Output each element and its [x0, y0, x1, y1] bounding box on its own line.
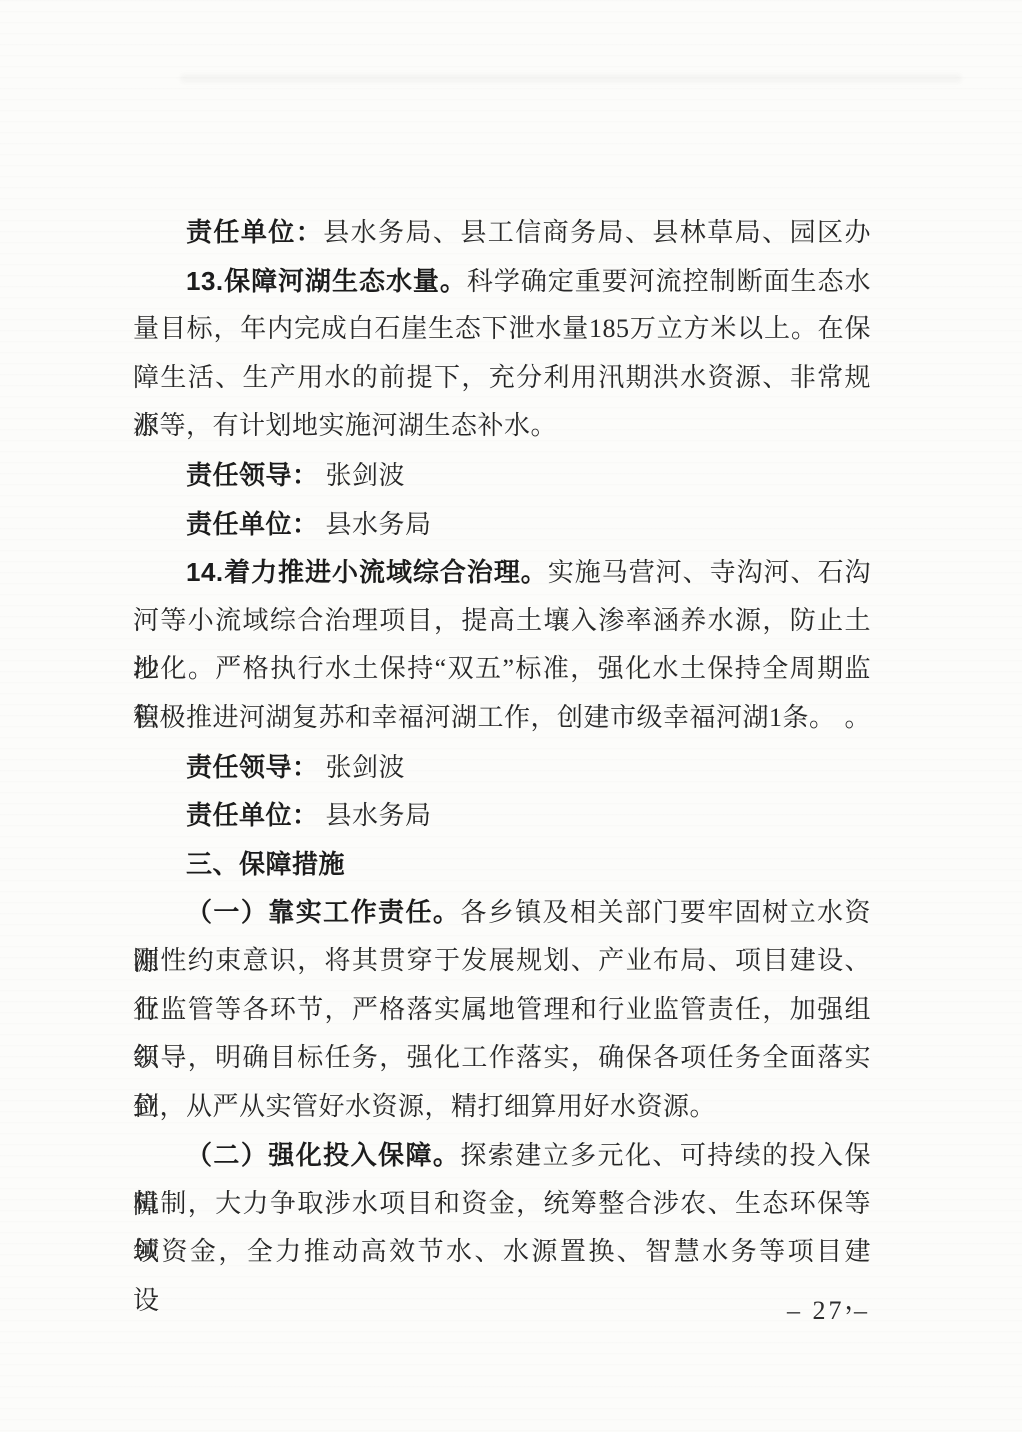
text-body: 责任单位：县水务局、县工信商务局、县林草局、园区办13.保障河湖生态水量。科学确…: [133, 208, 871, 1277]
body-segment: 位，从严从实管好水资源，精打细算用好水资源。: [133, 1092, 716, 1121]
text-line: 刚性约束意识，将其贯穿于发展规划、产业布局、项目建设、行: [133, 937, 871, 986]
text-line: 量目标，年内完成白石崖生态下泄水量185万立方米以上。在保: [133, 305, 871, 354]
document-page: 责任单位：县水务局、县工信商务局、县林草局、园区办13.保障河湖生态水量。科学确…: [0, 0, 1022, 1432]
body-segment: 县水务局: [319, 510, 432, 539]
body-segment: 县水务局、县工信商务局、县林草局、园区办: [323, 218, 871, 247]
heading-segment: 13.保障河湖生态水量。: [186, 266, 467, 296]
text-line: 三、保障措施: [133, 840, 871, 889]
text-line: 河等小流域综合治理项目，提高土壤入渗率涵养水源，防止土地: [133, 597, 871, 646]
text-line: （二）强化投入保障。探索建立多元化、可持续的投入保障: [133, 1131, 871, 1180]
body-segment: 实施马营河、寺沟河、石沟: [548, 558, 871, 587]
text-line: 14.着力推进小流域综合治理。实施马营河、寺沟河、石沟: [133, 548, 871, 597]
text-line: 责任单位：县水务局、县工信商务局、县林草局、园区办: [133, 208, 871, 257]
heading-segment: 14.着力推进小流域综合治理。: [186, 557, 548, 587]
text-line: 13.保障河湖生态水量。科学确定重要河流控制断面生态水: [133, 257, 871, 306]
heading-segment: （二）强化投入保障。: [186, 1140, 460, 1170]
heading-segment: 责任领导：: [186, 460, 319, 490]
text-line: 责任领导： 张剑波: [133, 743, 871, 792]
text-line: 域资金，全力推动高效节水、水源置换、智慧水务等项目建设，: [133, 1228, 871, 1277]
body-segment: 张剑波: [319, 461, 406, 490]
body-segment: 积极推进河湖复苏和幸福河湖工作，创建市级幸福河湖1条。: [133, 703, 836, 732]
heading-segment: （一）靠实工作责任。: [186, 897, 460, 927]
heading-segment: 三、保障措施: [186, 849, 345, 879]
body-segment: 域资金，全力推动高效节水、水源置换、智慧水务等项目建设，: [133, 1237, 871, 1315]
heading-segment: 责任单位：: [186, 509, 319, 539]
text-line: 责任单位： 县水务局: [133, 791, 871, 840]
heading-segment: 责任领导：: [186, 752, 319, 782]
scan-artifact: [180, 74, 962, 83]
heading-segment: 责任单位：: [186, 800, 319, 830]
text-line: 机制，大力争取涉水项目和资金，统筹整合涉农、生态环保等领: [133, 1180, 871, 1229]
body-segment: 源等，有计划地实施河湖生态补水。: [133, 411, 557, 440]
text-line: 领导，明确目标任务，强化工作落实，确保各项任务全面落实到: [133, 1034, 871, 1083]
text-line: 位，从严从实管好水资源，精打细算用好水资源。: [133, 1083, 871, 1132]
body-segment: 县水务局: [319, 801, 432, 830]
text-line: 责任领导： 张剑波: [133, 451, 871, 500]
page-number: – 27 –: [787, 1296, 870, 1326]
text-line: 积极推进河湖复苏和幸福河湖工作，创建市级幸福河湖1条。: [133, 694, 871, 743]
text-line: 沙化。严格执行水土保持“双五”标准，强化水土保持全周期监管。: [133, 645, 871, 694]
text-line: 源等，有计划地实施河湖生态补水。: [133, 402, 871, 451]
text-line: 障生活、生产用水的前提下，充分利用汛期洪水资源、非常规水: [133, 354, 871, 403]
body-segment: 量目标，年内完成白石崖生态下泄水量185万立方米以上。在保: [133, 314, 871, 343]
text-line: （一）靠实工作责任。各乡镇及相关部门要牢固树立水资源: [133, 888, 871, 937]
text-line: 责任单位： 县水务局: [133, 500, 871, 549]
text-line: 业监管等各环节，严格落实属地管理和行业监管责任，加强组织: [133, 986, 871, 1035]
heading-segment: 责任单位：: [186, 217, 323, 247]
body-segment: 科学确定重要河流控制断面生态水: [467, 267, 871, 296]
body-segment: 张剑波: [319, 753, 406, 782]
